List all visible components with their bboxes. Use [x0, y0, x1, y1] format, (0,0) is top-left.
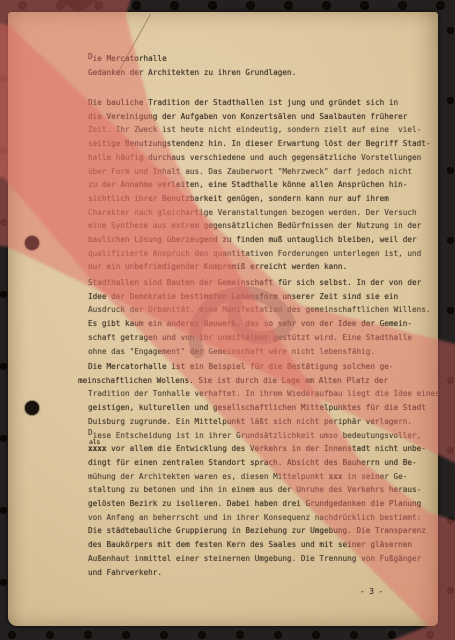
text-line: Die bauliche Tradition der Stadthallen i…: [88, 96, 431, 110]
sprocket-hole: [436, 1, 445, 10]
sprocket-hole: [447, 27, 454, 34]
sprocket-hole: [236, 631, 244, 639]
text-line: seitige Benutzungstendenz hin. In dieser…: [88, 137, 431, 151]
text-line: die Vereinigung der Aufgaben von Konzert…: [88, 110, 431, 124]
text-line: sichtlich ihrer Benutzbarkeit genügen, s…: [88, 192, 431, 206]
sprocket-hole: [447, 377, 454, 384]
sprocket-hole: [132, 1, 141, 10]
title-block: Die MercatorhalleGedanken der Architekte…: [88, 52, 296, 79]
sprocket-hole: [350, 631, 358, 639]
text-line: baulichen Lösung überzeugend zu finden m…: [88, 233, 431, 247]
text-line: Es gibt kaum ein anderes Bauwerk, das so…: [88, 317, 431, 331]
sprocket-hole: [447, 307, 454, 314]
text-line: dingt für einen zentralen Standort sprac…: [88, 456, 440, 470]
photo-mount-background: Die MercatorhalleGedanken der Architekte…: [0, 0, 455, 640]
text-line: qualifizierte Anspruch den quantitativen…: [88, 247, 431, 261]
sprocket-hole: [0, 363, 7, 370]
sprocket-hole: [0, 147, 7, 154]
sprocket-hole: [388, 631, 396, 639]
text-line: staltung zu betonen und ihn in einem aus…: [88, 483, 440, 497]
text-line: Idee der Demokratie bestimmten Lebensfor…: [88, 290, 431, 304]
text-line: über Form und Inhalt aus. Das Zauberwort…: [88, 165, 431, 179]
text-line: geistigen, kulturellen und gesellschaftl…: [88, 401, 440, 415]
sprocket-hole: [447, 237, 454, 244]
paragraph-2: Stadthallen sind Bauten der Gemeinschaft…: [88, 276, 431, 358]
page-number: - 3 -: [360, 586, 383, 598]
sprocket-hole: [0, 291, 7, 298]
text-line: ohne das "Engagement" der Gemeinschaft w…: [88, 345, 431, 359]
text-line: Außenhaut inmittel einer steinernen Umge…: [88, 552, 440, 566]
sprocket-hole: [198, 631, 206, 639]
text-line: Ausdruck der Urbanität, eine Manifestati…: [88, 303, 431, 317]
text-line: meinschaftlichen Wollens. Sie ist durch …: [78, 374, 440, 388]
sprocket-hole: [0, 579, 7, 586]
text-line: zu der Annahme verleiten, eine Stadthall…: [88, 178, 431, 192]
sprocket-hole: [84, 631, 92, 639]
text-line: Stadthallen sind Bauten der Gemeinschaft…: [88, 276, 431, 290]
sprocket-hole: [0, 219, 7, 226]
text-line: nur ein unbefriedigender Kompromiß errei…: [88, 260, 431, 274]
text-line: mühung der Architekten waren es, diesen …: [88, 470, 440, 484]
text-line: und Fahrverkehr.: [88, 566, 440, 580]
sprocket-hole: [284, 1, 293, 10]
text-line: halle häufig durchaus verschiedene und a…: [88, 151, 431, 165]
text-line: Die Mercatorhalle ist ein Beispiel für d…: [88, 360, 440, 374]
punch-hole-top: [25, 236, 39, 250]
sprocket-hole: [312, 631, 320, 639]
sprocket-hole: [122, 631, 130, 639]
sprocket-hole: [246, 1, 255, 10]
sprocket-hole: [447, 97, 454, 104]
scanned-document-photo: { "document": { "type": "typewritten-arc…: [0, 0, 455, 640]
text-line: des Baukörpers mit dem festen Kern des S…: [88, 538, 440, 552]
text-line: Diese Entscheidung ist in ihrer Grundsät…: [88, 429, 440, 443]
sprocket-hole: [0, 435, 7, 442]
sprocket-hole: [170, 1, 179, 10]
sprocket-hole: [18, 1, 27, 10]
text-line: von Anfang an beherrscht und in ihrer Ko…: [88, 511, 440, 525]
sprocket-hole: [447, 517, 454, 524]
sprocket-hole: [447, 587, 454, 594]
sprocket-hole: [447, 167, 454, 174]
sprocket-hole: [160, 631, 168, 639]
sprocket-hole: [0, 75, 7, 82]
text-line: Die städtebauliche Gruppierung in Bezieh…: [88, 524, 440, 538]
sprocket-hole: [8, 631, 16, 639]
sprocket-hole: [426, 631, 434, 639]
text-line: schaft getragen und von ihr unmittelbar …: [88, 331, 431, 345]
sprocket-hole: [322, 1, 331, 10]
text-line: Tradition der Tonhalle verhaftet. In ihr…: [88, 387, 440, 401]
paragraph-1: Die bauliche Tradition der Stadthallen i…: [88, 96, 431, 274]
text-line: gelösten Bezirk zu isolieren. Dabei habe…: [88, 497, 440, 511]
text-line: Charakter nach gleichartige Veranstaltun…: [88, 206, 431, 220]
sprocket-hole: [398, 1, 407, 10]
text-line: Gedanken der Architekten zu ihren Grundl…: [88, 66, 296, 80]
text-line: Duisburg zugrunde. Ein Mittelpunkt läßt …: [88, 415, 440, 429]
text-line: Zeit. Ihr Zweck ist heute nicht eindeuti…: [88, 123, 431, 137]
text-line: eine Synthese aus extrem gegensätzlichen…: [88, 219, 431, 233]
paragraph-3: Die Mercatorhalle ist ein Beispiel für d…: [88, 360, 440, 579]
sprocket-hole: [447, 447, 454, 454]
punch-hole-bottom: [25, 401, 39, 415]
sprocket-hole: [274, 631, 282, 639]
sprocket-hole: [360, 1, 369, 10]
text-line: alsxxxx vor allem die Entwicklung des Ve…: [88, 442, 440, 456]
text-line: Die Mercatorhalle: [88, 52, 296, 66]
sprocket-hole: [208, 1, 217, 10]
sprocket-hole: [0, 507, 7, 514]
sprocket-hole: [46, 631, 54, 639]
